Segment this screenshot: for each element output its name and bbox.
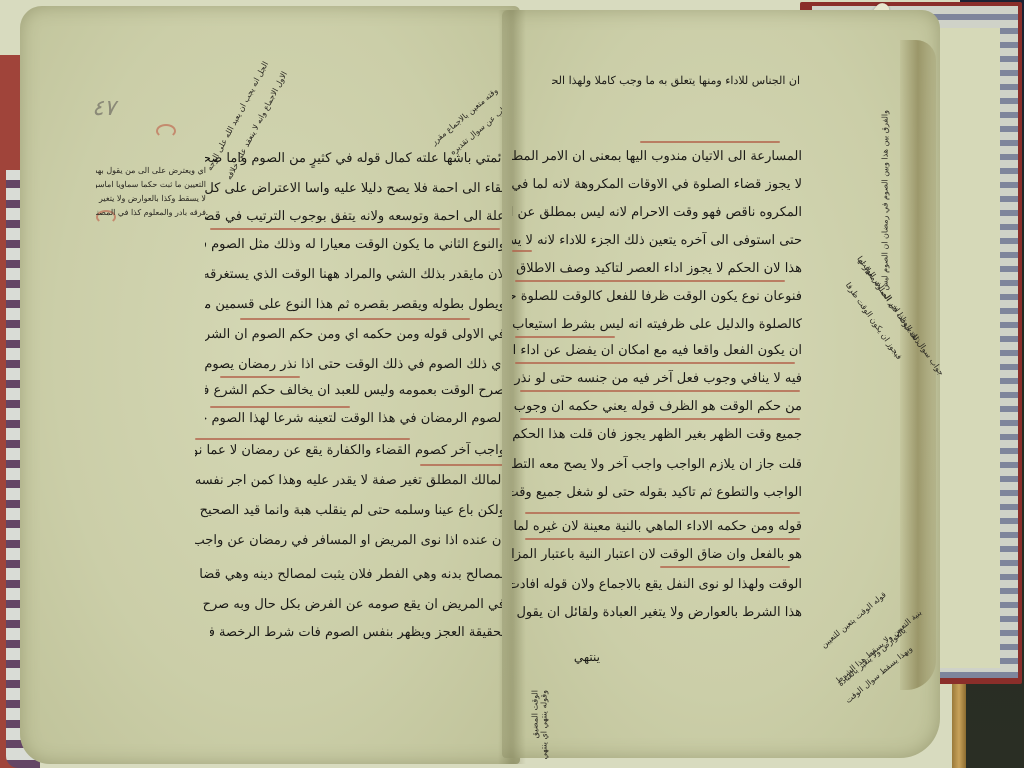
text-line: الصوم الرمضان في هذا الوقت لتعينه شرعا ل… bbox=[205, 410, 505, 428]
margin-gloss: والفرق بين هذا وبين الصوم في رمضان ان ال… bbox=[880, 110, 890, 290]
rubric-underline bbox=[525, 538, 800, 540]
rubric-underline bbox=[220, 376, 300, 378]
text-line: هو بالفعل وان ضاق الوقت لان اعتبار النية… bbox=[512, 546, 802, 564]
text-line: واجب آخر كصوم القضاء والكفارة يقع عن رمض… bbox=[195, 442, 505, 460]
text-line: فيه لا ينافي وجوب فعل آخر فيه من جنسه حت… bbox=[512, 370, 802, 388]
text-line: الوقت ولهذا لو نوى النفل يقع بالاجماع ول… bbox=[512, 576, 802, 594]
rubric-underline bbox=[520, 390, 800, 392]
catchword: ينتهي bbox=[560, 648, 600, 666]
margin-gloss: الوقت المضيق bbox=[530, 690, 540, 738]
text-line: المالك المطلق تغير صفة لا يقدر عليه وهذا… bbox=[195, 472, 505, 490]
text-line: ائمتي باشها علته كمال قوله في كثيرٍ من ا… bbox=[205, 150, 505, 168]
rubric-underline bbox=[515, 336, 615, 338]
top-note-line: ان الجناس للاداء ومنها يتعلق به ما وجب ك… bbox=[552, 72, 800, 90]
text-line: اي ذلك الصوم في ذلك الوقت حتى اذا نذر رم… bbox=[205, 356, 505, 374]
text-line: من حكم الوقت هو الظرف قوله يعني حكمه ان … bbox=[512, 398, 802, 416]
rubric-underline bbox=[240, 318, 470, 320]
text-line: ويطول بطوله ويقصر بقصره ثم هذا النوع على… bbox=[205, 296, 505, 314]
text-line: قوله ومن حكمه الاداء الماهي بالنية معينة… bbox=[512, 518, 802, 536]
text-line: قلت جاز ان يلازم الواجب واجب آخر ولا يصح… bbox=[512, 456, 802, 474]
rubric-underline bbox=[525, 512, 800, 514]
text-line: لان مايقدر بذلك الشي والمراد ههنا الوقت … bbox=[205, 266, 505, 284]
rubric-underline bbox=[210, 228, 500, 230]
text-line: هذا لان الحكم لا يجوز اداء العصر لتاكيد … bbox=[512, 260, 802, 278]
text-line: الواجب والتطوع ثم تاكيد بقوله حتى لو شغل… bbox=[512, 484, 802, 502]
text-line: كالصلوة والدليل على ظرفيته انه ليس بشرط … bbox=[512, 316, 802, 334]
rubric-underline bbox=[210, 406, 350, 408]
wooden-support bbox=[952, 680, 966, 768]
rubric-mark bbox=[156, 124, 176, 138]
folio-number: ٤٧ bbox=[92, 96, 116, 121]
rubric-underline bbox=[660, 566, 790, 568]
text-line: المكروه ناقص فهو وقت الاحرام لانه ليس بم… bbox=[512, 204, 802, 222]
text-line: لمصالح بدنه وهي الفطر فلان يثبت لمصالح د… bbox=[200, 566, 505, 584]
text-line: هذا الشرط بالعوارض ولا يتغير العبادة ولق… bbox=[512, 604, 802, 622]
text-line: المسارعة الى الاتيان مندوب اليها بمعنى ا… bbox=[512, 148, 802, 166]
rubric-underline bbox=[195, 438, 410, 440]
text-line: علة الى احمة وتوسعه ولانه يتفق بوجوب الت… bbox=[205, 208, 505, 226]
text-line: لا يجوز قضاء الصلوة في الاوقات المكروهة … bbox=[512, 176, 802, 194]
text-line: حتى استوفى الى آخره يتعين ذلك الجزء للاد… bbox=[512, 232, 802, 250]
rubric-underline bbox=[640, 141, 780, 143]
rubric-underline bbox=[515, 362, 795, 364]
rubric-underline bbox=[520, 418, 800, 420]
text-line: بحقيقة العجز ويظهر بنفس الصوم فات شرط ال… bbox=[210, 624, 505, 642]
text-line: في الاولى قوله ومن حكمه اي ومن حكم الصوم… bbox=[205, 326, 505, 344]
rubric-underline bbox=[420, 464, 505, 466]
margin-gloss: التعيين ما ثبت حكما سماويا اماسواه وقت bbox=[96, 180, 206, 190]
margin-gloss: فرقه بادر والمعلوم كذا في المصنف bbox=[96, 208, 206, 218]
text-line: ولكن باع عينا وسلمه حتى لم ينقلب هبة وان… bbox=[195, 502, 505, 520]
text-line: ان عنده اذا نوى المريض او المسافر في رمض… bbox=[195, 532, 505, 550]
rubric-underline bbox=[515, 280, 785, 282]
text-line: جميع وقت الظهر بغير الظهر يجوز فان قلت ه… bbox=[512, 426, 802, 444]
text-line: صرح الوقت بعمومه وليس للعبد ان يخالف حكم… bbox=[205, 382, 505, 400]
rubric-underline bbox=[512, 250, 532, 252]
margin-gloss: لا يسقط وكذا بالعوارض ولا يتغير اختيار bbox=[96, 194, 206, 204]
text-line: فنوعان نوع يكون الوقت ظرفا للفعل كالوقت … bbox=[512, 288, 802, 306]
text-line: في المريض ان يقع صومه عن الفرض بكل حال و… bbox=[200, 596, 505, 614]
text-line: بقاء الى احمة فلا يصح دليلا عليه واسا ال… bbox=[205, 180, 505, 198]
right-flyleaf bbox=[930, 28, 1000, 668]
text-line: ان يكون الفعل واقعا فيه مع امكان ان يفضل… bbox=[512, 342, 802, 360]
margin-gloss: وقوله ينتهي اي ينتهي bbox=[539, 690, 549, 759]
text-line: والنوع الثاني ما يكون الوقت معيارا له وذ… bbox=[205, 236, 505, 254]
margin-gloss: اي ويعترض على الى من يقول بهذا الحكم سوى… bbox=[96, 166, 206, 176]
